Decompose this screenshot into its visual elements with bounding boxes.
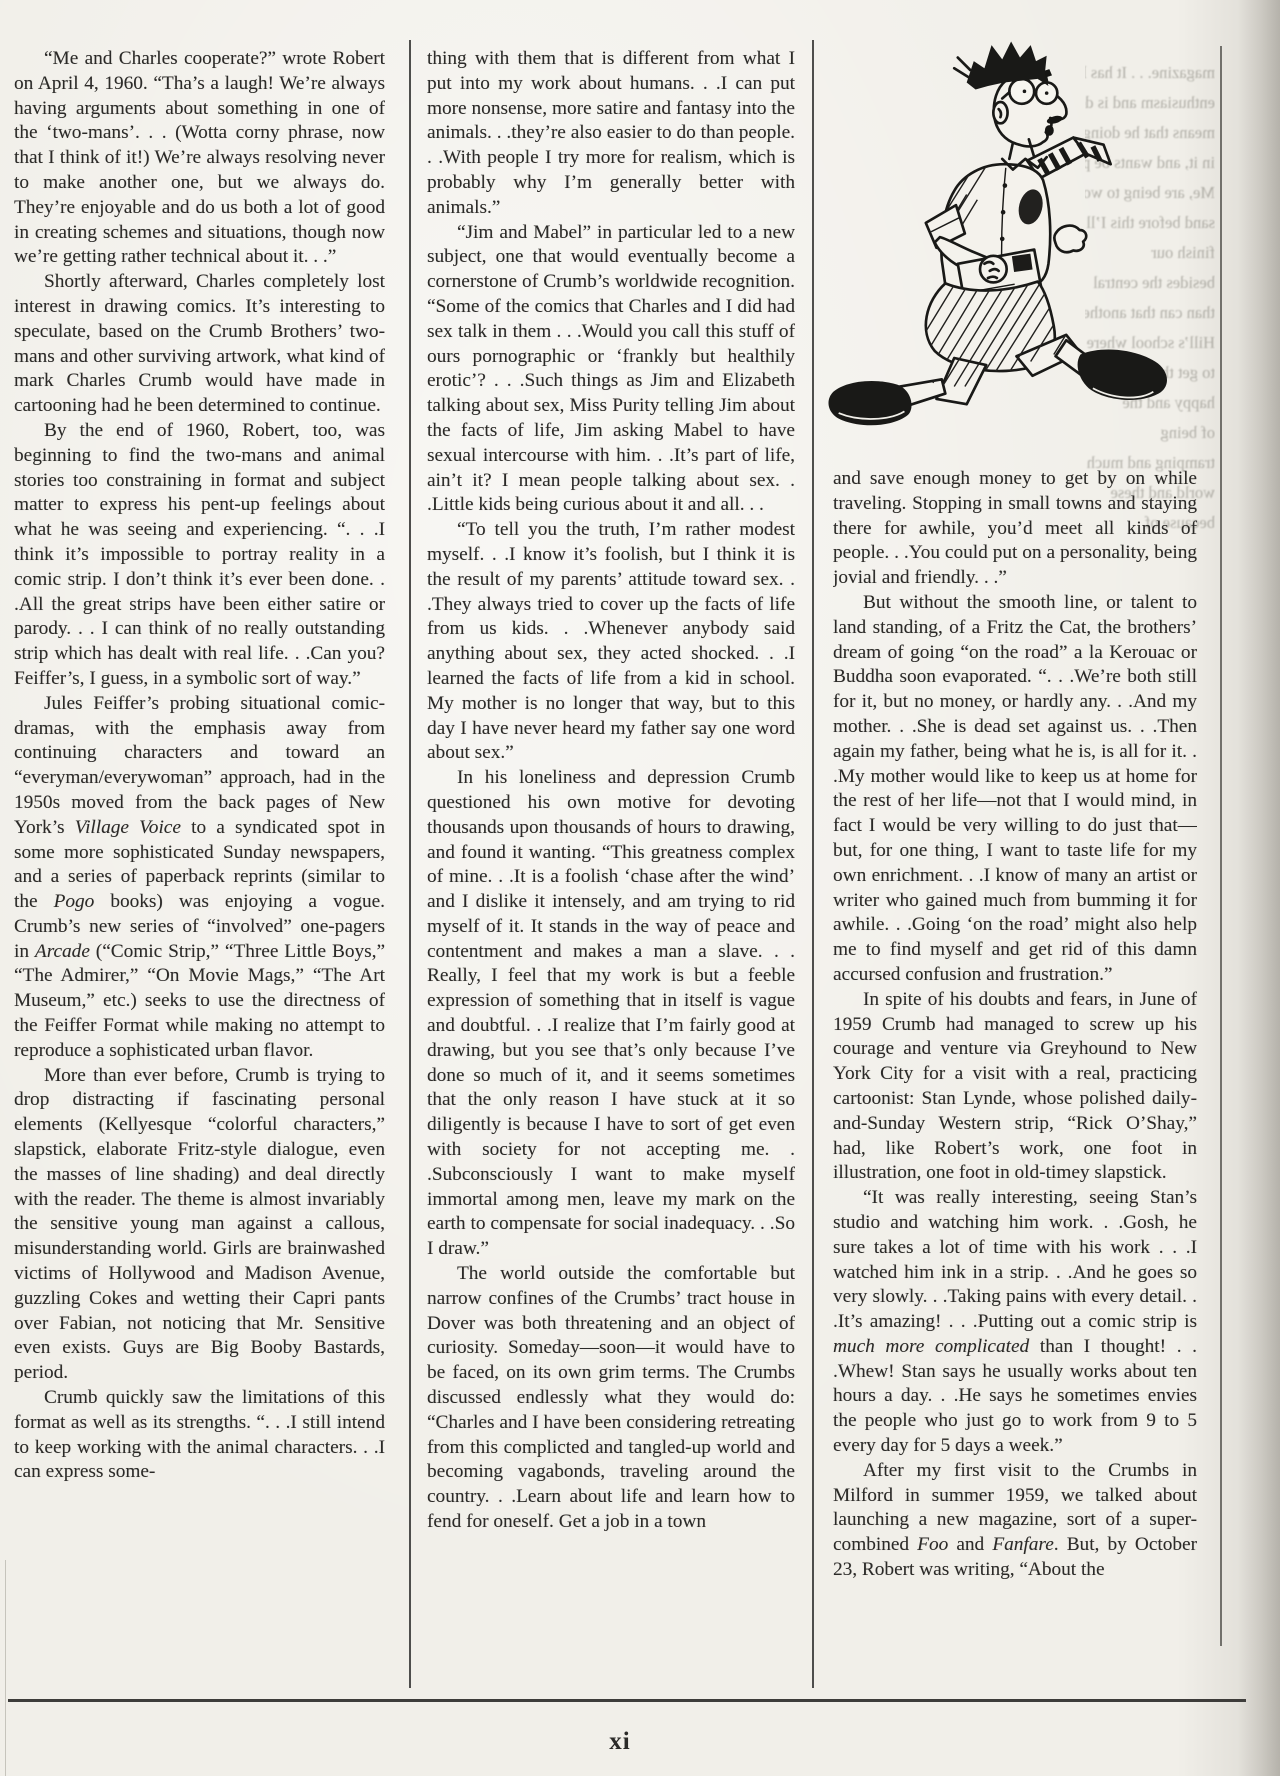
page-edge-rule [1220, 46, 1222, 1646]
text-run: “To tell you the truth, I’m rather modes… [427, 519, 795, 763]
text-run: Fanfare [992, 1534, 1053, 1555]
paragraph: “Jim and Mabel” in particular led to a n… [427, 221, 795, 519]
paragraph: By the end of 1960, Robert, too, was beg… [14, 419, 385, 692]
text-run: Crumb quickly saw the limitations of thi… [14, 1387, 385, 1482]
paragraph: Shortly afterward, Charles completely lo… [14, 270, 385, 419]
paragraph: But without the smooth line, or talent t… [833, 591, 1197, 988]
text-run: In spite of his doubts and fears, in Jun… [833, 989, 1197, 1184]
text-run: “It was really interesting, seeing Stan’… [833, 1187, 1197, 1332]
paragraph: The world outside the comfortable but na… [427, 1262, 795, 1535]
paragraph: “To tell you the truth, I’m rather modes… [427, 518, 795, 766]
paragraph: “It was really interesting, seeing Stan’… [833, 1186, 1197, 1459]
text-run: “Jim and Mabel” in particular led to a n… [427, 222, 795, 516]
text-run: and save enough money to get by on while… [833, 468, 1197, 588]
page-number: xi [520, 1728, 720, 1756]
text-run: More than ever before, Crumb is trying t… [14, 1065, 385, 1384]
running-man-illustration [780, 14, 1180, 446]
paragraph: Jules Feiffer’s probing situational comi… [14, 692, 385, 1064]
text-run: Shortly afterward, Charles completely lo… [14, 271, 385, 416]
text-run: and [948, 1534, 992, 1555]
paragraph: Crumb quickly saw the limitations of thi… [14, 1386, 385, 1485]
text-run: But without the smooth line, or talent t… [833, 592, 1197, 985]
text-column-2: thing with them that is different from w… [427, 47, 795, 1692]
text-run: The world outside the comfortable but na… [427, 1263, 795, 1532]
text-run: Arcade [35, 941, 90, 962]
paragraph: “Me and Charles cooperate?” wrote Robert… [14, 47, 385, 270]
footer-rule [8, 1699, 1246, 1702]
text-column-1: “Me and Charles cooperate?” wrote Robert… [14, 47, 385, 1692]
text-run: In his loneliness and depression Crumb q… [427, 767, 795, 1259]
column-divider [409, 40, 411, 1688]
front-shoe [1078, 350, 1167, 400]
text-run: much more complicated [833, 1336, 1029, 1357]
scan-gutter-shadow [1238, 0, 1280, 1776]
paragraph: After my first visit to the Crumbs in Mi… [833, 1459, 1197, 1583]
text-run: By the end of 1960, Robert, too, was beg… [14, 420, 385, 689]
text-run: Foo [917, 1534, 948, 1555]
far-hand [1054, 226, 1086, 253]
paragraph: In spite of his doubts and fears, in Jun… [833, 988, 1197, 1186]
fist [980, 256, 1007, 283]
scan-left-edge [5, 1560, 6, 1776]
back-shoe [828, 381, 911, 425]
paragraph: In his loneliness and depression Crumb q… [427, 766, 795, 1262]
paragraph: and save enough money to get by on while… [833, 467, 1197, 591]
text-run: thing with them that is different from w… [427, 48, 795, 218]
text-run: Village Voice [75, 817, 181, 838]
scanned-magazine-page: magazine. . . It has lostenthusiasm and … [0, 0, 1280, 1776]
text-run: Pogo [54, 891, 95, 912]
text-run: “Me and Charles cooperate?” wrote Robert… [14, 48, 385, 267]
paragraph: thing with them that is different from w… [427, 47, 795, 221]
paragraph: More than ever before, Crumb is trying t… [14, 1064, 385, 1386]
